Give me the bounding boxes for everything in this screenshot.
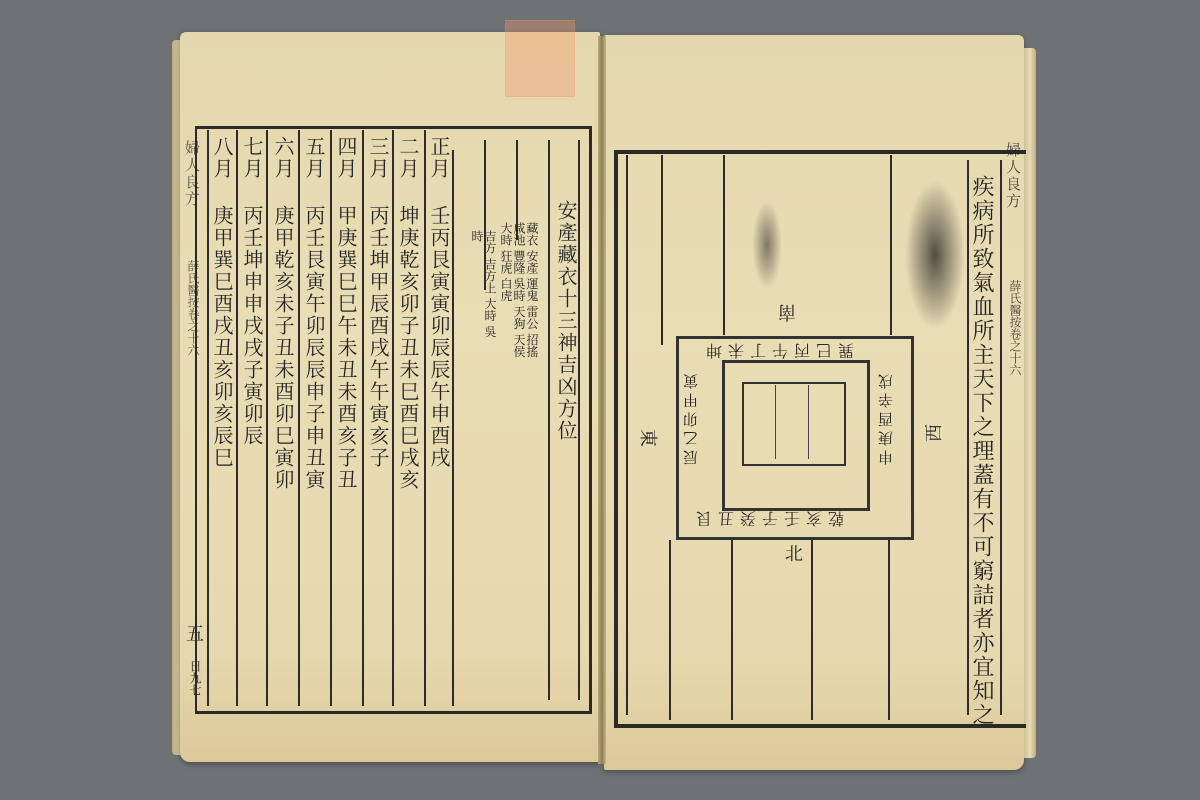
month-label: 正月 <box>428 136 450 180</box>
right-margin-title: 婦人良方 <box>1005 142 1021 210</box>
month-values: 庚甲乾亥未子丑未酉卯巳寅卯 <box>272 205 294 505</box>
column-rule <box>811 540 813 720</box>
ink-blot <box>905 180 965 330</box>
direction-north: 北 <box>785 540 803 566</box>
left-margin-bottom-note: 日九七 <box>188 660 201 696</box>
book-gutter <box>598 36 606 764</box>
month-values: 壬丙艮寅寅卯辰辰午申酉戌 <box>428 205 450 505</box>
column-rule <box>207 130 209 706</box>
month-values: 丙壬艮寅午卯辰辰申子申丑寅 <box>303 205 325 505</box>
column-rule <box>362 130 364 706</box>
center-rule <box>808 385 809 459</box>
column-rule <box>392 130 394 706</box>
ring-text-north: 乾亥壬子癸丑艮 <box>690 508 844 531</box>
left-page-number: 五 <box>186 620 204 646</box>
column-rule <box>1000 160 1002 715</box>
column-rule <box>424 130 426 706</box>
red-seal-stamp <box>505 20 575 97</box>
direction-west: 西 <box>920 424 946 442</box>
right-margin-subtitle: 薛氏醫按卷之十六 <box>1008 280 1021 376</box>
month-values: 庚甲巽巳酉戌丑亥卯亥辰巳 <box>211 205 233 505</box>
ring-text-east: 辰乙卯甲寅 <box>683 370 699 465</box>
column-rule <box>452 150 454 706</box>
column-rule <box>298 130 300 706</box>
month-label: 四月 <box>335 136 357 180</box>
compass-diagram-center <box>742 382 846 466</box>
header-note-1: 藏衣 安產 運鬼 雷公 招搖 咸池 豐隆 吳時 天狗 天侯 大時 狂虎 白虎 <box>508 222 538 362</box>
left-margin-title: 婦人良方 <box>184 140 200 208</box>
body-text: 疾病所致氣血所主天下之理蓋有不可窮詰者亦宜知之 <box>968 175 994 727</box>
ring-text-west: 申庚酉辛戌 <box>878 370 894 465</box>
center-rule <box>775 385 776 459</box>
direction-east: 東 <box>636 429 662 447</box>
direction-south: 南 <box>778 300 796 326</box>
month-label: 二月 <box>397 136 419 180</box>
column-rule <box>266 130 268 706</box>
column-rule <box>661 155 663 345</box>
month-label: 六月 <box>272 136 294 180</box>
open-book: 婦人良方 薛氏醫按卷之十六 五 日九七 安產藏衣十三神吉凶方位 藏衣 安產 運鬼… <box>0 0 1200 800</box>
column-rule <box>890 155 892 335</box>
column-rule <box>330 130 332 706</box>
column-rule <box>578 140 580 700</box>
month-label: 七月 <box>241 136 263 180</box>
table-title: 安產藏衣十三神吉凶方位 <box>555 200 577 442</box>
column-rule <box>548 140 550 700</box>
column-rule <box>236 130 238 706</box>
month-values: 丙壬坤申申戌戌子寅卯辰 <box>241 205 263 505</box>
month-label: 八月 <box>211 136 233 180</box>
month-label: 三月 <box>367 136 389 180</box>
ink-blot <box>752 200 782 290</box>
column-rule <box>723 155 725 335</box>
month-values: 坤庚乾亥卯子丑未巳酉巳戌亥 <box>397 205 419 505</box>
column-rule <box>626 155 628 715</box>
column-rule <box>669 540 671 720</box>
month-values: 丙壬坤甲辰酉戌午午寅亥子 <box>367 205 389 505</box>
ring-text-south: 巽巳丙午丁未坤 <box>700 340 854 363</box>
left-margin-subtitle: 薛氏醫按卷之十六 <box>186 260 199 356</box>
column-rule <box>888 540 890 720</box>
month-values: 甲庚巽巳巳午未丑未酉亥子丑 <box>335 205 357 505</box>
column-rule <box>731 540 733 720</box>
month-label: 五月 <box>303 136 325 180</box>
header-note-2: 吉方 吉方上 大時 吳時 <box>470 230 496 340</box>
